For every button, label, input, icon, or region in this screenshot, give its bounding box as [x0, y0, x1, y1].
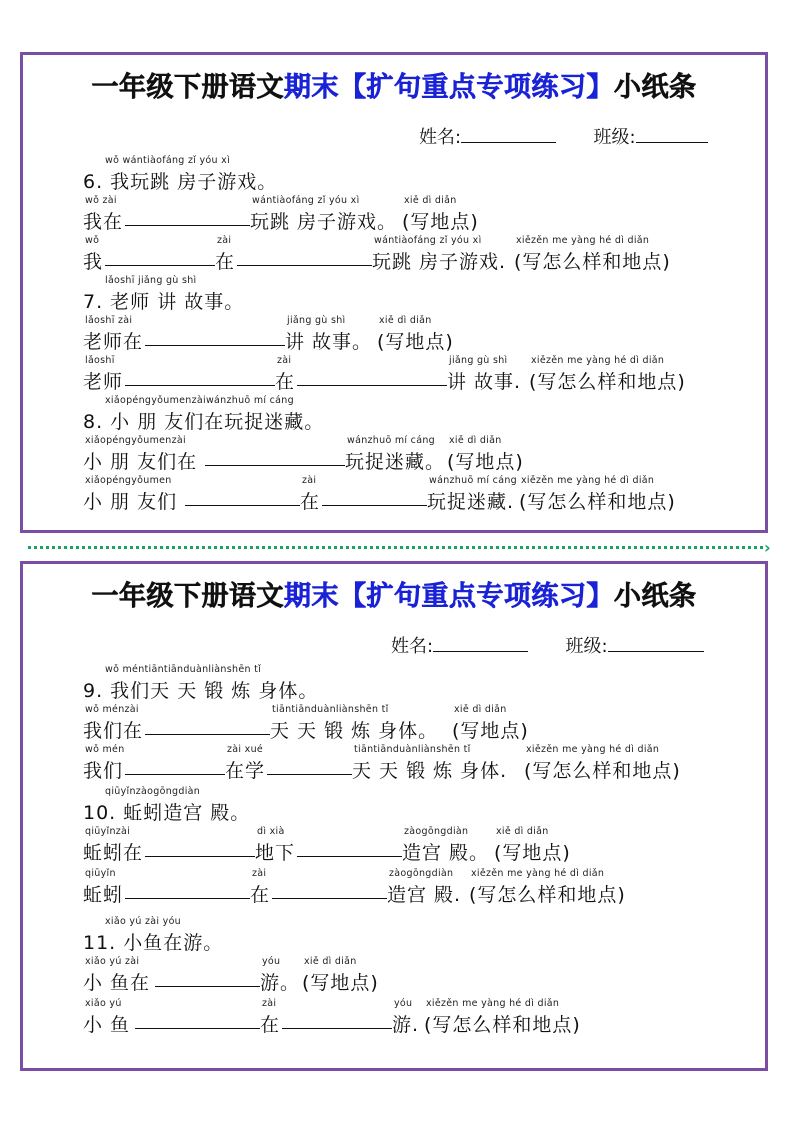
name-label: 姓名:	[419, 127, 461, 148]
answer-blank[interactable]	[125, 898, 250, 899]
pinyin: xiězěn me yàng hé dì diǎn	[471, 868, 604, 879]
hanzi-text: (写地点)	[302, 968, 379, 995]
pinyin: zài	[252, 868, 266, 879]
pinyin: zàogōngdiàn	[404, 826, 468, 837]
pinyin: lǎoshī	[85, 355, 115, 366]
question-text: 10. 蚯蚓造宫 殿。	[83, 798, 250, 825]
class-field[interactable]	[608, 635, 704, 652]
pinyin: xiě dì diǎn	[496, 826, 549, 837]
hanzi-text: 小 朋 友们在	[83, 447, 197, 474]
answer-blank[interactable]	[125, 385, 275, 386]
hanzi-text: 我	[83, 247, 103, 274]
cut-line-divider	[28, 546, 763, 549]
worksheet-card-2: 一年级下册语文期末【扩句重点专项练习】小纸条 姓名: 班级: wǒ méntiā…	[20, 561, 768, 1071]
hanzi-text: (写怎么样和地点)	[424, 1010, 581, 1037]
hanzi-text: 在	[250, 880, 270, 907]
pinyin: qiūyǐnzài	[85, 826, 130, 837]
question-text: 7. 老师 讲 故事。	[83, 287, 244, 314]
hanzi-text: 游。	[260, 968, 300, 995]
pinyin: dì xià	[257, 826, 285, 837]
answer-blank[interactable]	[322, 505, 427, 506]
hanzi-text: (写地点)	[402, 207, 479, 234]
answer-blank[interactable]	[145, 734, 270, 735]
arrow-right-icon: ›	[764, 538, 771, 557]
worksheet-title: 一年级下册语文期末【扩句重点专项练习】小纸条	[23, 65, 765, 104]
hanzi-text: 我在	[83, 207, 123, 234]
hanzi-text: (写怎么样和地点)	[524, 756, 681, 783]
answer-blank[interactable]	[205, 465, 345, 466]
hanzi-text: 小 朋 友们	[83, 487, 177, 514]
title-part-topic: 期末【扩句重点专项练习】	[284, 581, 614, 612]
pinyin: xiě dì diǎn	[379, 315, 432, 326]
pinyin: zài xué	[227, 744, 263, 755]
hanzi-text: 老师在	[83, 327, 143, 354]
class-label: 班级:	[566, 636, 608, 657]
name-field[interactable]	[433, 635, 528, 652]
answer-blank[interactable]	[125, 774, 225, 775]
pinyin: xiězěn me yàng hé dì diǎn	[426, 998, 559, 1009]
answer-blank[interactable]	[125, 225, 250, 226]
pinyin: qiūyǐnzàogōngdiàn	[105, 786, 200, 797]
hanzi-text: 造宫 殿。	[402, 838, 489, 865]
hanzi-text: 玩捉迷藏.	[427, 487, 514, 514]
answer-blank[interactable]	[155, 986, 260, 987]
pinyin: xiǎopéngyǒumenzàiwánzhuō mí cáng	[105, 395, 294, 406]
pinyin: xiǎopéngyǒumenzài	[85, 435, 186, 446]
pinyin: xiě dì diǎn	[449, 435, 502, 446]
answer-blank[interactable]	[145, 345, 285, 346]
hanzi-text: 讲 故事。	[285, 327, 372, 354]
answer-blank[interactable]	[267, 774, 352, 775]
answer-blank[interactable]	[282, 1028, 392, 1029]
hanzi-text: 在	[215, 247, 235, 274]
worksheet-title: 一年级下册语文期末【扩句重点专项练习】小纸条	[23, 574, 765, 613]
pinyin: wǒ méntiāntiānduànliànshēn tǐ	[105, 664, 261, 675]
pinyin: wǒ	[85, 235, 99, 246]
hanzi-text: 蚯蚓	[83, 880, 123, 907]
answer-blank[interactable]	[272, 898, 387, 899]
title-part-note: 小纸条	[614, 72, 697, 103]
question-text: 9. 我们天 天 锻 炼 身体。	[83, 676, 318, 703]
question-text: 8. 小 朋 友们在玩捉迷藏。	[83, 407, 324, 434]
pinyin: xiězěn me yàng hé dì diǎn	[526, 744, 659, 755]
hanzi-text: 玩跳 房子游戏.	[372, 247, 506, 274]
hanzi-text: 造宫 殿.	[387, 880, 461, 907]
pinyin: wántiàofáng zǐ yóu xì	[252, 195, 360, 206]
hanzi-text: 在	[275, 367, 295, 394]
class-field[interactable]	[636, 126, 708, 143]
pinyin: xiǎo yú zài	[85, 956, 139, 967]
title-part-note: 小纸条	[614, 581, 697, 612]
pinyin: wánzhuō mí cáng	[347, 435, 435, 446]
name-label: 姓名:	[391, 636, 433, 657]
hanzi-text: 小 鱼在	[83, 968, 150, 995]
pinyin: zàogōngdiàn	[389, 868, 453, 879]
pinyin: xiě dì diǎn	[454, 704, 507, 715]
pinyin: wǒ ménzài	[85, 704, 139, 715]
pinyin: wǒ wántiàofáng zǐ yóu xì	[105, 155, 230, 166]
answer-blank[interactable]	[297, 856, 402, 857]
pinyin: xiǎopéngyǒumen	[85, 475, 172, 486]
pinyin: lǎoshī zài	[85, 315, 132, 326]
hanzi-text: 游.	[392, 1010, 419, 1037]
answer-blank[interactable]	[185, 505, 300, 506]
pinyin: xiězěn me yàng hé dì diǎn	[521, 475, 654, 486]
pinyin: wántiàofáng zǐ yóu xì	[374, 235, 482, 246]
hanzi-text: (写地点)	[377, 327, 454, 354]
pinyin: wánzhuō mí cáng	[429, 475, 517, 486]
pinyin: yóu	[394, 998, 412, 1009]
hanzi-text: (写怎么样和地点)	[514, 247, 671, 274]
hanzi-text: 玩捉迷藏。	[345, 447, 445, 474]
hanzi-text: (写地点)	[494, 838, 571, 865]
answer-blank[interactable]	[105, 265, 215, 266]
pinyin: qiūyǐn	[85, 868, 116, 879]
pinyin: lǎoshī jiǎng gù shì	[105, 275, 196, 286]
title-part-grade: 一年级下册语文	[92, 581, 285, 612]
answer-blank[interactable]	[145, 856, 255, 857]
title-part-grade: 一年级下册语文	[92, 72, 285, 103]
answer-blank[interactable]	[237, 265, 372, 266]
pinyin: zài	[217, 235, 231, 246]
hanzi-text: 讲 故事.	[447, 367, 521, 394]
name-field[interactable]	[461, 126, 556, 143]
pinyin: xiě dì diǎn	[304, 956, 357, 967]
answer-blank[interactable]	[297, 385, 447, 386]
hanzi-text: (写怎么样和地点)	[519, 487, 676, 514]
hanzi-text: 天 天 锻 炼 身体。	[270, 716, 438, 743]
pinyin: xiězěn me yàng hé dì diǎn	[531, 355, 664, 366]
hanzi-text: (写怎么样和地点)	[529, 367, 686, 394]
hanzi-text: 我们在	[83, 716, 143, 743]
title-part-topic: 期末【扩句重点专项练习】	[284, 72, 614, 103]
hanzi-text: 蚯蚓在	[83, 838, 143, 865]
hanzi-text: 地下	[255, 838, 295, 865]
hanzi-text: 在	[260, 1010, 280, 1037]
hanzi-text: 在学	[225, 756, 265, 783]
answer-blank[interactable]	[135, 1028, 260, 1029]
pinyin: yóu	[262, 956, 280, 967]
pinyin: tiāntiānduànliànshēn tǐ	[272, 704, 389, 715]
pinyin: xiě dì diǎn	[404, 195, 457, 206]
hanzi-text: (写怎么样和地点)	[469, 880, 626, 907]
name-class-bar: 姓名: 班级:	[419, 123, 708, 149]
pinyin: zài	[277, 355, 291, 366]
name-class-bar: 姓名: 班级:	[391, 632, 704, 658]
hanzi-text: (写地点)	[452, 716, 529, 743]
pinyin: xiǎo yú	[85, 998, 122, 1009]
pinyin: wǒ mén	[85, 744, 125, 755]
worksheet-card-1: 一年级下册语文期末【扩句重点专项练习】小纸条 姓名: 班级: wǒ wántià…	[20, 52, 768, 533]
class-label: 班级:	[594, 127, 636, 148]
hanzi-text: 老师	[83, 367, 123, 394]
hanzi-text: 天 天 锻 炼 身体.	[352, 756, 507, 783]
question-text: 6. 我玩跳 房子游戏。	[83, 167, 277, 194]
pinyin: zài	[262, 998, 276, 1009]
pinyin: xiězěn me yàng hé dì diǎn	[516, 235, 649, 246]
pinyin: tiāntiānduànliànshēn tǐ	[354, 744, 471, 755]
pinyin: zài	[302, 475, 316, 486]
pinyin: wǒ zài	[85, 195, 117, 206]
hanzi-text: (写地点)	[447, 447, 524, 474]
pinyin: xiǎo yú zài yóu	[105, 916, 181, 927]
question-text: 11. 小鱼在游。	[83, 928, 223, 955]
hanzi-text: 我们	[83, 756, 123, 783]
hanzi-text: 玩跳 房子游戏。	[250, 207, 397, 234]
hanzi-text: 在	[300, 487, 320, 514]
pinyin: jiǎng gù shì	[449, 355, 507, 366]
hanzi-text: 小 鱼	[83, 1010, 130, 1037]
pinyin: jiǎng gù shì	[287, 315, 345, 326]
